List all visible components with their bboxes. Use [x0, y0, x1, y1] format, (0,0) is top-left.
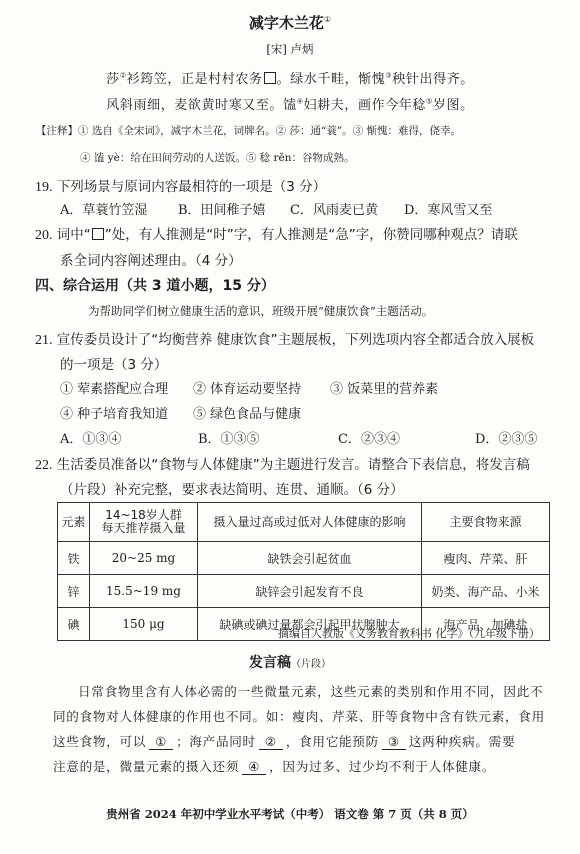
speech-line-1: 日常食物里含有人体必需的一些微量元素，这些元素的类别和作用不同，因此不 [78, 681, 543, 700]
answer-blank-2: ② [259, 734, 283, 750]
q19-option-c: C．风雨麦已黄 [290, 199, 378, 218]
q21-item-4: ④ 种子培育我知道 [60, 403, 168, 422]
poem-title-text: 减字木兰花 [249, 14, 324, 32]
question-text: 生活委员准备以“食物与人体健康”为主题进行发言。请整合下表信息，将发言稿 [57, 457, 530, 473]
poem-text: 衫筠笠，正是村村农务 [127, 72, 263, 87]
page-footer: 贵州省 2024 年初中学业水平考试（中考） 语文卷 第 7 页（共 8 页） [0, 806, 580, 822]
footnote-marker: ② [120, 72, 127, 80]
speech-text: 这两种疾病。需要 [409, 734, 515, 749]
poem-text: 风斜雨细，麦欲黄时寒又至。馌 [106, 98, 296, 113]
question-20: 20. 词中“”处，有人推测是“时”字，有人推测是“急”字，你赞同哪种观点？请联 [35, 223, 518, 244]
speech-line-2: 同的食物对人体健康的作用也不同。如：瘦肉、芹菜、肝等食物中含有铁元素，食用 [53, 706, 545, 725]
poem-title: 减字木兰花① [0, 12, 580, 33]
question-20-cont: 系全词内容阐述理由。（4 分） [60, 249, 242, 269]
section-intro: 为帮助同学们树立健康生活的意识，班级开展“健康饮食”主题活动。 [88, 303, 433, 319]
speech-text: 这些食物，可以 [53, 734, 146, 749]
header-intake: 14~18岁人群每天推荐摄入量 [90, 503, 198, 542]
cell-intake: 15.5~19 mg [90, 575, 198, 608]
answer-blank-1: ① [149, 734, 173, 750]
speech-text: ，因为过多、过少均不利于人体健康。 [269, 759, 495, 774]
table-row: 铁 20~25 mg 缺铁会引起贫血 瘦肉、芹菜、肝 [58, 542, 550, 575]
footnote-marker: ⑤ [426, 98, 433, 106]
blank-box [92, 228, 104, 240]
poem-text: 莎 [106, 72, 120, 87]
cell-source: 瘦肉、芹菜、肝 [422, 542, 550, 575]
speech-text: 注意的是，微量元素的摄入还须 [53, 759, 239, 774]
question-21-cont: 的一项是（3 分） [60, 353, 167, 373]
cell-effect: 缺铁会引起贫血 [198, 542, 422, 575]
speech-line-4: 注意的是，微量元素的摄入还须④，因为过多、过少均不利于人体健康。 [53, 756, 495, 775]
poem-text: 秧针出得齐。 [392, 72, 474, 87]
cell-element: 铁 [58, 542, 90, 575]
source-citation: 摘编自人教版《义务教育教科书 化学》（九年级下册） [278, 625, 540, 641]
question-number: 22. [35, 458, 53, 473]
speech-text: ，食用它能预防 [286, 734, 379, 749]
q21-option-d: D．②③⑤ [475, 428, 537, 447]
q19-option-a: A．草蓑竹笠湿 [60, 199, 147, 218]
q21-option-b: B．①③⑤ [198, 428, 260, 447]
poem-line-1: 莎②衫筠笠，正是村村农务。绿水千畦，惭愧③秧针出得齐。 [0, 68, 580, 87]
cell-intake: 150 μg [90, 608, 198, 641]
poem-text: 岁图。 [433, 98, 474, 113]
question-text: ”处，有人推测是“时”字，有人推测是“急”字，你赞同哪种观点？请联 [105, 227, 518, 243]
question-19: 19. 下列场景与原词内容最相符的一项是（3 分） [35, 175, 326, 196]
speech-title-text: 发言稿 [249, 655, 291, 671]
cell-intake: 20~25 mg [90, 542, 198, 575]
question-text: 下列场景与原词内容最相符的一项是（3 分） [57, 179, 326, 195]
question-22: 22. 生活委员准备以“食物与人体健康”为主题进行发言。请整合下表信息，将发言稿 [35, 453, 530, 474]
speech-title-sub: （片段） [291, 659, 331, 670]
question-21: 21. 宣传委员设计了“均衡营养 健康饮食”主题展板，下列选项内容全都适合放入展… [35, 328, 534, 349]
question-number: 20. [35, 228, 53, 243]
question-number: 21. [35, 333, 53, 348]
speech-title: 发言稿（片段） [0, 652, 580, 672]
question-text: 宣传委员设计了“均衡营养 健康饮食”主题展板，下列选项内容全都适合放入展板 [57, 332, 534, 348]
header-intake-line2: 每天推荐摄入量 [101, 521, 185, 535]
poem-line-2: 风斜雨细，麦欲黄时寒又至。馌④妇耕夫，画作今年稔⑤岁图。 [0, 94, 580, 113]
q21-item-1: ① 荤素搭配应合理 [60, 378, 168, 397]
question-text: 词中“ [57, 227, 91, 243]
blank-box [264, 72, 276, 84]
poem-notes-1: 【注释】① 选自《全宋词》，减字木兰花，词牌名。② 莎：通“蓑”。③ 惭愧：难得… [36, 123, 461, 138]
q21-option-a: A．①③④ [60, 428, 121, 447]
question-number: 19. [35, 180, 53, 195]
header-element: 元素 [58, 503, 90, 542]
q21-item-3: ③ 饭菜里的营养素 [330, 378, 438, 397]
poem-notes-2: ④ 馌 yè：给在田间劳动的人送饭。⑤ 稔 rěn：谷物成熟。 [80, 150, 355, 165]
table-header-row: 元素 14~18岁人群每天推荐摄入量 摄入量过高或过低对人体健康的影响 主要食物… [58, 503, 550, 542]
footnote-marker: ① [324, 15, 331, 24]
question-22-cont: （片段）补充完整，要求表达简明、连贯、通顺。（6 分） [60, 478, 404, 498]
cell-element: 碘 [58, 608, 90, 641]
speech-text: ；海产品同时 [176, 734, 256, 749]
section-heading: 四、综合运用（共 3 道小题，15 分） [35, 275, 275, 295]
speech-line-3: 这些食物，可以①；海产品同时②，食用它能预防③这两种疾病。需要 [53, 731, 515, 750]
cell-effect: 缺锌会引起发育不良 [198, 575, 422, 608]
answer-blank-3: ③ [382, 734, 406, 750]
cell-source: 奶类、海产品、小米 [422, 575, 550, 608]
q19-option-b: B．田间稚子嬉 [178, 199, 266, 218]
header-effect: 摄入量过高或过低对人体健康的影响 [198, 503, 422, 542]
q19-option-d: D．寒风雪又至 [404, 199, 492, 218]
poem-author: [宋] 卢炳 [0, 41, 580, 57]
nutrient-table: 元素 14~18岁人群每天推荐摄入量 摄入量过高或过低对人体健康的影响 主要食物… [57, 502, 550, 641]
table-row: 锌 15.5~19 mg 缺锌会引起发育不良 奶类、海产品、小米 [58, 575, 550, 608]
poem-text: 妇耕夫，画作今年稔 [304, 98, 426, 113]
q21-option-c: C．②③④ [338, 428, 400, 447]
footnote-marker: ④ [297, 98, 304, 106]
q21-item-2: ② 体育运动要坚持 [193, 378, 301, 397]
header-source: 主要食物来源 [422, 503, 550, 542]
cell-element: 锌 [58, 575, 90, 608]
q21-item-5: ⑤ 绿色食品与健康 [193, 403, 301, 422]
poem-text: 。绿水千畦，惭愧 [277, 72, 386, 87]
answer-blank-4: ④ [242, 759, 266, 775]
header-intake-line1: 14~18岁人群 [105, 508, 182, 522]
